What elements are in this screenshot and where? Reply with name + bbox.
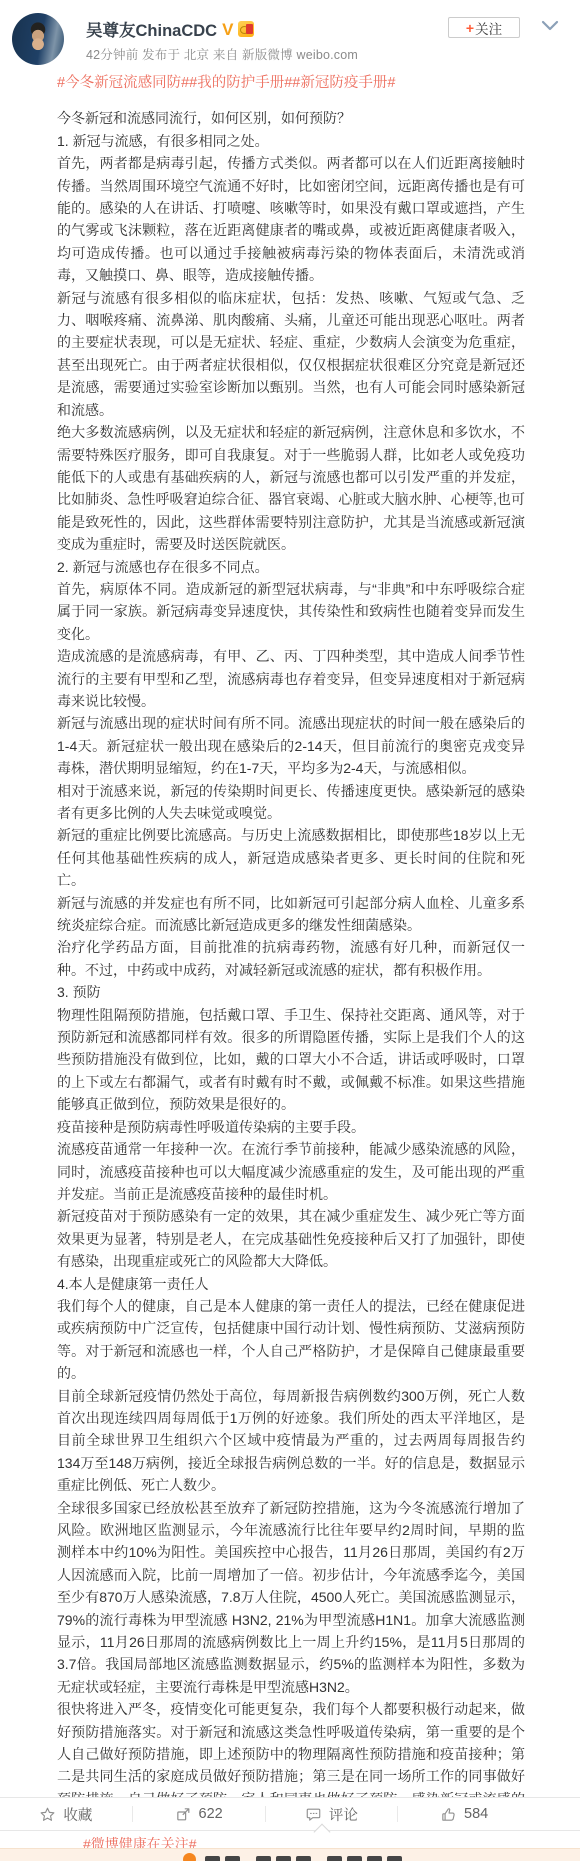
follow-label: 关注 [475,18,502,38]
comment-icon [305,1806,322,1823]
clipped-text [205,1856,402,1861]
plus-icon: + [466,21,474,35]
post-content: #今冬新冠流感同防##我的防护手册##新冠防疫手册# 今冬新冠和流感同流行，如何… [57,72,525,1855]
author-row: 吴尊友ChinaCDC V [86,19,254,39]
thumbs-up-icon [440,1806,457,1823]
weibo-post-page: 吴尊友ChinaCDC V 42分钟前 发布于 北京 来自 新版微博 weibo… [0,0,580,1861]
like-button[interactable]: 584 [398,1798,530,1830]
gold-badge-icon [238,21,254,37]
hashtag-links[interactable]: #今冬新冠流感同防##我的防护手册##新冠防疫手册# [57,72,525,94]
hot-search-bar[interactable] [0,1848,580,1861]
action-bar: 收藏 622 评论 584 [0,1797,580,1831]
comment-button[interactable]: 评论 [266,1798,398,1830]
verified-v-icon: V [222,21,233,38]
hot-icon [183,1853,196,1861]
favorite-button[interactable]: 收藏 [0,1798,132,1830]
star-icon [39,1806,56,1823]
repost-icon [175,1806,192,1823]
follow-button[interactable]: + 关注 [448,17,520,38]
post-meta: 42分钟前 发布于 北京 来自 新版微博 weibo.com [86,45,358,63]
author-name[interactable]: 吴尊友ChinaCDC [86,17,217,41]
like-count: 584 [464,1806,488,1822]
post-body-text: 今冬新冠和流感同流行，如何区别，如何预防？ 1. 新冠与流感，有很多相同之处。 … [57,107,525,1832]
repost-button[interactable]: 622 [133,1798,265,1830]
hot-search-row [0,1849,580,1861]
chevron-down-icon[interactable] [541,20,559,32]
comment-label: 评论 [329,1804,358,1825]
repost-count: 622 [199,1806,223,1822]
avatar[interactable] [12,13,64,65]
favorite-label: 收藏 [63,1804,92,1825]
